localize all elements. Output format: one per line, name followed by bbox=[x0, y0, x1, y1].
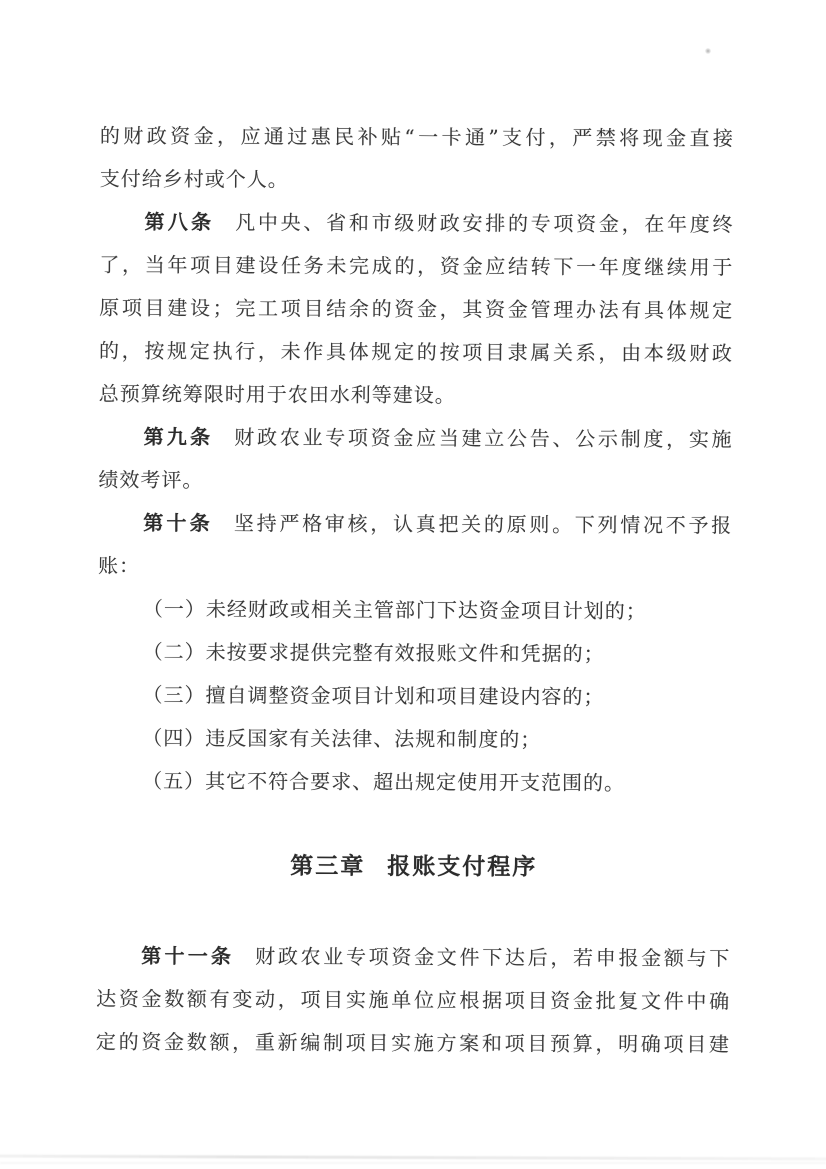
line-text: 总预算统筹限时用于农田水利等建设。 bbox=[99, 382, 456, 408]
line-text: 的财政资金，应通过惠民补贴“一卡通”支付，严禁将现金直接 bbox=[100, 124, 734, 151]
document-text-block: 的财政资金，应通过惠民补贴“一卡通”支付，严禁将现金直接 支付给乡村或个人。 第… bbox=[96, 115, 734, 1067]
line-text: 坚持严格审核，认真把关的原则。下列情况不予报 bbox=[234, 511, 732, 537]
line-text: 凡中央、省和市级财政安排的专项资金，在年度终 bbox=[235, 210, 733, 236]
text-line: 总预算统筹限时用于农田水利等建设。 bbox=[99, 373, 733, 419]
text-line: 绩效考评。 bbox=[98, 459, 732, 505]
line-text: 达资金数额有变动，项目实施单位应根据项目资金批复文件中确 bbox=[96, 987, 730, 1014]
chapter-title: 报账支付程序 bbox=[387, 854, 537, 881]
line-text: （四）违反国家有关法律、法规和制度的； bbox=[142, 726, 541, 752]
line-text: 账： bbox=[98, 554, 140, 578]
article-number: 第十条 bbox=[143, 511, 213, 535]
text-line: 原项目建设；完工项目结余的资金，其资金管理办法有具体规定 bbox=[99, 287, 733, 333]
scan-edge-shadow bbox=[0, 1155, 826, 1161]
list-item-line: （五）其它不符合要求、超出规定使用开支范围的。 bbox=[97, 760, 731, 806]
line-text: 支付给乡村或个人。 bbox=[100, 167, 289, 192]
text-line: 账： bbox=[98, 545, 732, 591]
scanned-document-page: { "page": { "background_color": "#ffffff… bbox=[0, 0, 826, 1169]
text-line: 定的资金数额，重新编制项目实施方案和项目预算，明确项目建 bbox=[96, 1021, 730, 1067]
text-line: 第九条财政农业专项资金应当建立公告、公示制度，实施 bbox=[99, 416, 733, 462]
text-line: 的，按规定执行，未作具体规定的按项目隶属关系，由本级财政 bbox=[99, 330, 733, 376]
line-text: 财政农业专项资金应当建立公告、公示制度，实施 bbox=[234, 425, 732, 451]
text-line: 达资金数额有变动，项目实施单位应根据项目资金批复文件中确 bbox=[96, 978, 730, 1024]
list-item-line: （四）违反国家有关法律、法规和制度的； bbox=[97, 717, 731, 763]
article-number: 第十一条 bbox=[141, 944, 234, 968]
article-number: 第八条 bbox=[144, 210, 214, 234]
text-line: 了，当年项目建设任务未完成的，资金应结转下一年度继续用于 bbox=[99, 244, 733, 290]
line-text: 财政农业专项资金文件下达后，若申报金额与下 bbox=[255, 944, 730, 970]
chapter-heading: 第三章报账支付程序 bbox=[97, 845, 731, 891]
list-item-line: （二）未按要求提供完整有效报账文件和凭据的； bbox=[98, 631, 732, 677]
line-text: 绩效考评。 bbox=[98, 468, 203, 492]
line-text: 原项目建设；完工项目结余的资金，其资金管理办法有具体规定 bbox=[99, 296, 733, 323]
article-number: 第九条 bbox=[144, 425, 214, 449]
line-text: 了，当年项目建设任务未完成的，资金应结转下一年度继续用于 bbox=[99, 253, 733, 280]
line-text: （一）未经财政或相关主管部门下达资金项目计划的； bbox=[143, 597, 647, 623]
line-text: 定的资金数额，重新编制项目实施方案和项目预算，明确项目建 bbox=[96, 1030, 730, 1057]
text-line: 第十条坚持严格审核，认真把关的原则。下列情况不予报 bbox=[98, 502, 732, 548]
text-line: 的财政资金，应通过惠民补贴“一卡通”支付，严禁将现金直接 bbox=[100, 115, 734, 161]
text-line: 第八条凡中央、省和市级财政安排的专项资金，在年度终 bbox=[99, 201, 733, 247]
line-text: （三）擅自调整资金项目计划和项目建设内容的； bbox=[142, 683, 604, 709]
line-text: 的，按规定执行，未作具体规定的按项目隶属关系，由本级财政 bbox=[99, 339, 733, 366]
line-text: （二）未按要求提供完整有效报账文件和凭据的； bbox=[143, 640, 605, 666]
line-text: （五）其它不符合要求、超出规定使用开支范围的。 bbox=[142, 769, 625, 795]
chapter-number: 第三章 bbox=[290, 853, 365, 879]
text-line: 支付给乡村或个人。 bbox=[100, 158, 734, 204]
scan-speck bbox=[705, 48, 711, 54]
scan-edge-shadow-secondary bbox=[0, 1162, 826, 1164]
list-item-line: （三）擅自调整资金项目计划和项目建设内容的； bbox=[97, 674, 731, 720]
list-item-line: （一）未经财政或相关主管部门下达资金项目计划的； bbox=[98, 588, 732, 634]
text-line: 第十一条财政农业专项资金文件下达后，若申报金额与下 bbox=[96, 935, 730, 981]
